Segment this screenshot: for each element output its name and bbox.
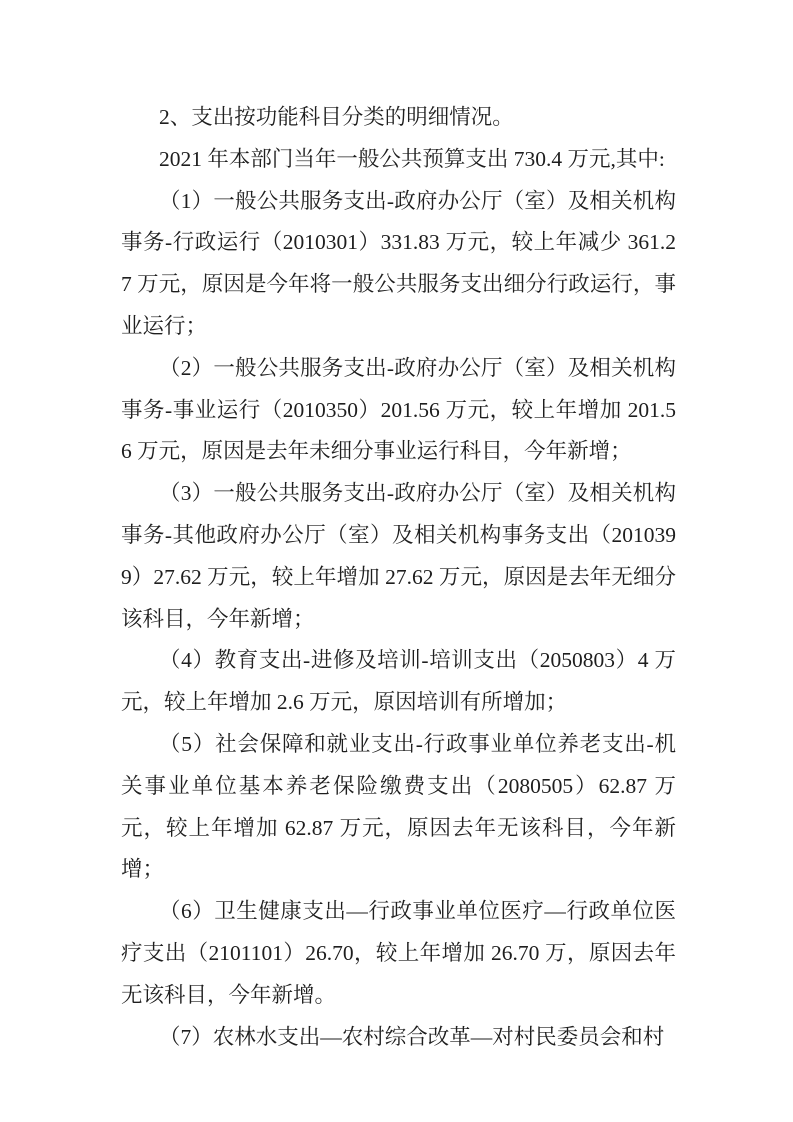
paragraph-item-2: （2）一般公共服务支出-政府办公厅（室）及相关机构事务-事业运行（2010350… — [121, 348, 676, 473]
paragraph-item-4: （4）教育支出-进修及培训-培训支出（2050803）4 万元，较上年增加 2.… — [121, 640, 676, 724]
paragraph-item-3: （3）一般公共服务支出-政府办公厅（室）及相关机构事务-其他政府办公厅（室）及相… — [121, 473, 676, 640]
document-page: 2、支出按功能科目分类的明细情况。 2021 年本部门当年一般公共预算支出 73… — [0, 0, 793, 1122]
paragraph-item-1: （1）一般公共服务支出-政府办公厅（室）及相关机构事务-行政运行（2010301… — [121, 181, 676, 348]
paragraph-item-6: （6）卫生健康支出—行政事业单位医疗—行政单位医疗支出（2101101）26.7… — [121, 891, 676, 1016]
paragraph-item-7: （7）农林水支出—农村综合改革—对村民委员会和村 — [121, 1017, 676, 1059]
paragraph-item-5: （5）社会保障和就业支出-行政事业单位养老支出-机关事业单位基本养老保险缴费支出… — [121, 724, 676, 891]
document-body: 2、支出按功能科目分类的明细情况。 2021 年本部门当年一般公共预算支出 73… — [121, 97, 676, 1058]
section-heading: 2、支出按功能科目分类的明细情况。 — [121, 97, 676, 139]
intro-paragraph: 2021 年本部门当年一般公共预算支出 730.4 万元,其中: — [121, 139, 676, 181]
